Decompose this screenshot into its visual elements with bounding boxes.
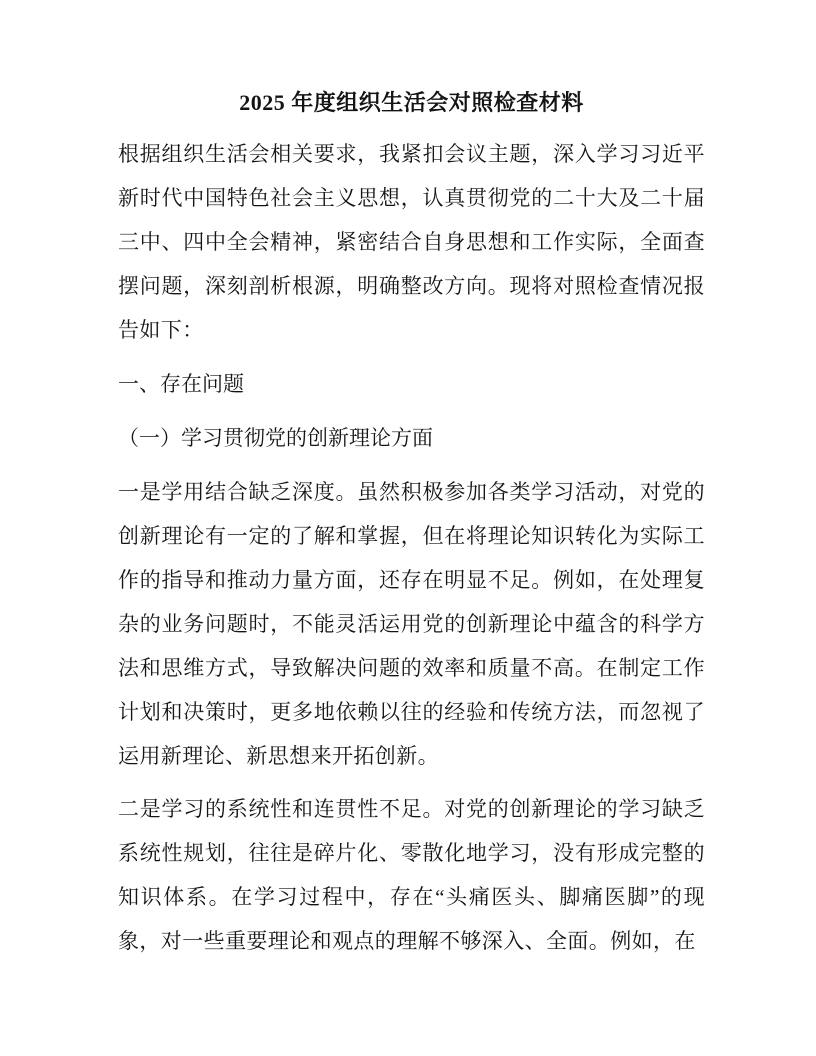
subsection-heading-innovation-theory: （一）学习贯彻党的创新理论方面 [118, 416, 705, 460]
intro-paragraph: 根据组织生活会相关要求，我紧扣会议主题，深入学习习近平新时代中国特色社会主义思想… [118, 132, 705, 352]
problem-paragraph-2: 二是学习的系统性和连贯性不足。对党的创新理论的学习缺乏系统性规划，往往是碎片化、… [118, 787, 705, 963]
document-title: 2025 年度组织生活会对照检查材料 [118, 86, 705, 120]
problem-paragraph-1: 一是学用结合缺乏深度。虽然积极参加各类学习活动，对党的创新理论有一定的了解和掌握… [118, 470, 705, 778]
section-heading-existing-problems: 一、存在问题 [118, 362, 705, 406]
document-page: 2025 年度组织生活会对照检查材料 根据组织生活会相关要求，我紧扣会议主题，深… [0, 0, 816, 1056]
